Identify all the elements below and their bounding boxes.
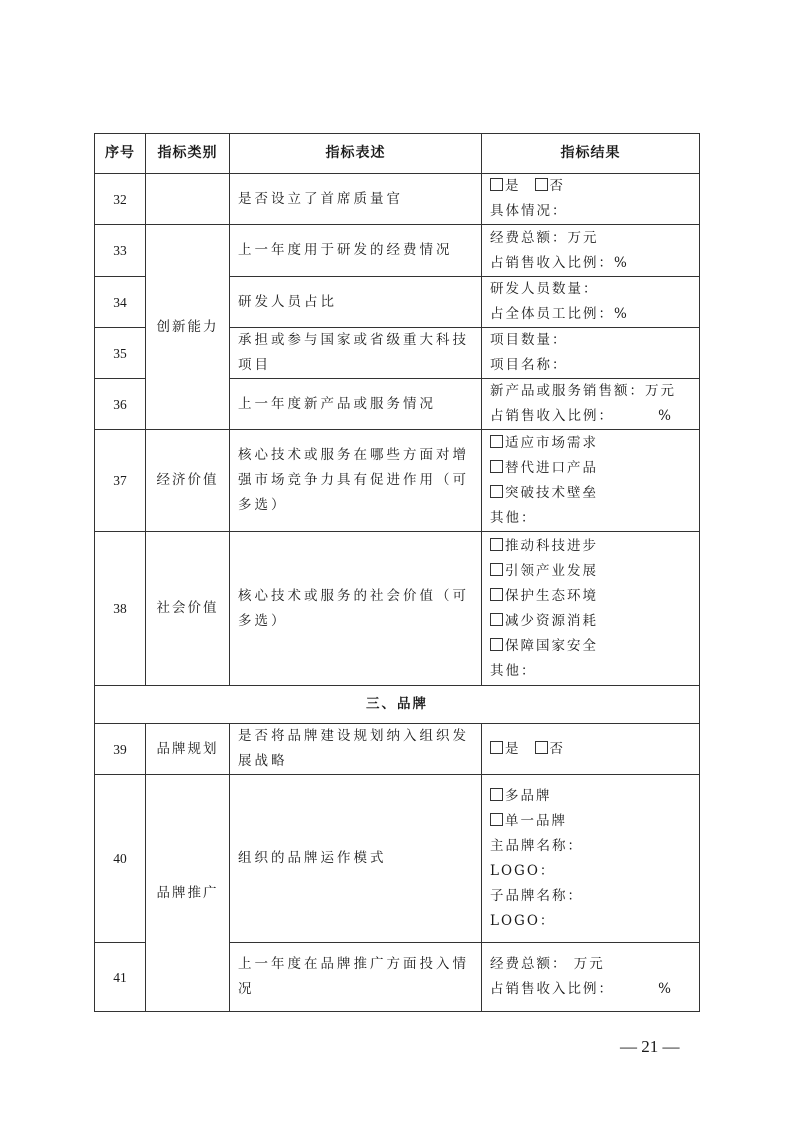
- row-number: 37: [95, 430, 146, 532]
- result-line: 项目名称：: [490, 353, 691, 378]
- result-line: 占销售收入比例：%: [490, 251, 691, 276]
- other-label: 其他：: [490, 659, 691, 684]
- option-label: 减少资源消耗: [505, 613, 598, 629]
- table-row: 32 是否设立了首席质量官 是否 具体情况：: [95, 174, 700, 225]
- table-row: 38 社会价值 核心技术或服务的社会价值（可多选） 推动科技进步 引领产业发展 …: [95, 532, 700, 686]
- row-number: 35: [95, 328, 146, 379]
- table-row: 33 创新能力 上一年度用于研发的经费情况 经费总额：万元 占销售收入比例：%: [95, 225, 700, 277]
- result-line: LOGO：: [490, 859, 691, 884]
- table-row: 40 品牌推广 组织的品牌运作模式 多品牌 单一品牌 主品牌名称： LOGO： …: [95, 775, 700, 943]
- checkbox-yes[interactable]: [490, 178, 503, 191]
- row-result: 经费总额： 万元 占销售收入比例：%: [482, 943, 700, 1012]
- result-line: 占销售收入比例：: [490, 408, 614, 424]
- details-label: 具体情况：: [490, 199, 691, 224]
- checkbox[interactable]: [490, 485, 503, 498]
- percent-sign: %: [658, 404, 673, 429]
- table-header-row: 序号 指标类别 指标表述 指标结果: [95, 134, 700, 174]
- option-label: 替代进口产品: [505, 460, 598, 476]
- row-description: 组织的品牌运作模式: [230, 775, 482, 943]
- option-label: 适应市场需求: [505, 435, 598, 451]
- section-title: 三、品牌: [95, 686, 700, 724]
- header-no: 序号: [95, 134, 146, 174]
- option-label: 保护生态环境: [505, 588, 598, 604]
- table-row: 37 经济价值 核心技术或服务在哪些方面对增强市场竞争力具有促进作用（可多选） …: [95, 430, 700, 532]
- other-label: 其他：: [490, 506, 691, 531]
- checkbox[interactable]: [490, 435, 503, 448]
- result-line: LOGO：: [490, 909, 691, 934]
- row-category: 社会价值: [146, 532, 230, 686]
- row-number: 32: [95, 174, 146, 225]
- header-category: 指标类别: [146, 134, 230, 174]
- option-label: 推动科技进步: [505, 538, 598, 554]
- checkbox[interactable]: [490, 638, 503, 651]
- result-line: 研发人员数量：: [490, 277, 691, 302]
- option-label: 保障国家安全: [505, 638, 598, 654]
- row-category: 品牌推广: [146, 775, 230, 1012]
- checkbox[interactable]: [490, 613, 503, 626]
- row-result: 是否: [482, 724, 700, 775]
- row-result: 多品牌 单一品牌 主品牌名称： LOGO： 子品牌名称： LOGO：: [482, 775, 700, 943]
- yes-label: 是: [505, 741, 521, 757]
- checkbox[interactable]: [490, 788, 503, 801]
- result-line: 经费总额：万元: [490, 226, 691, 251]
- row-number: 33: [95, 225, 146, 277]
- row-description: 上一年度在品牌推广方面投入情况: [230, 943, 482, 1012]
- option-label: 突破技术壁垒: [505, 485, 598, 501]
- row-category: [146, 174, 230, 225]
- row-result: 新产品或服务销售额：万元 占销售收入比例：%: [482, 379, 700, 430]
- table-row: 39 品牌规划 是否将品牌建设规划纳入组织发展战略 是否: [95, 724, 700, 775]
- checkbox[interactable]: [490, 460, 503, 473]
- row-category: 经济价值: [146, 430, 230, 532]
- row-number: 38: [95, 532, 146, 686]
- row-description: 核心技术或服务的社会价值（可多选）: [230, 532, 482, 686]
- row-number: 41: [95, 943, 146, 1012]
- yes-label: 是: [505, 178, 521, 194]
- row-description: 上一年度用于研发的经费情况: [230, 225, 482, 277]
- result-line: 项目数量：: [490, 328, 691, 353]
- checkbox[interactable]: [490, 563, 503, 576]
- row-result: 项目数量： 项目名称：: [482, 328, 700, 379]
- option-label: 单一品牌: [505, 813, 567, 829]
- row-category: 创新能力: [146, 225, 230, 430]
- checkbox-yes[interactable]: [490, 741, 503, 754]
- checkbox[interactable]: [490, 588, 503, 601]
- section-row: 三、品牌: [95, 686, 700, 724]
- row-result: 研发人员数量： 占全体员工比例：%: [482, 277, 700, 328]
- row-description: 上一年度新产品或服务情况: [230, 379, 482, 430]
- result-line: 占全体员工比例：%: [490, 302, 691, 327]
- row-description: 是否设立了首席质量官: [230, 174, 482, 225]
- row-description: 研发人员占比: [230, 277, 482, 328]
- row-result: 推动科技进步 引领产业发展 保护生态环境 减少资源消耗 保障国家安全 其他：: [482, 532, 700, 686]
- row-description: 承担或参与国家或省级重大科技项目: [230, 328, 482, 379]
- indicator-table: 序号 指标类别 指标表述 指标结果 32 是否设立了首席质量官 是否 具体情况：…: [94, 133, 700, 1012]
- header-result: 指标结果: [482, 134, 700, 174]
- option-label: 引领产业发展: [505, 563, 598, 579]
- result-line: 新产品或服务销售额：万元: [490, 379, 691, 404]
- checkbox-no[interactable]: [535, 178, 548, 191]
- checkbox[interactable]: [490, 813, 503, 826]
- result-line: 主品牌名称：: [490, 834, 691, 859]
- no-label: 否: [550, 741, 566, 757]
- header-description: 指标表述: [230, 134, 482, 174]
- option-label: 多品牌: [505, 788, 552, 804]
- row-description: 核心技术或服务在哪些方面对增强市场竞争力具有促进作用（可多选）: [230, 430, 482, 532]
- row-result: 适应市场需求 替代进口产品 突破技术壁垒 其他：: [482, 430, 700, 532]
- row-number: 39: [95, 724, 146, 775]
- result-line: 占销售收入比例：: [490, 981, 614, 997]
- page-number: — 21 —: [620, 1037, 680, 1057]
- result-line: 子品牌名称：: [490, 884, 691, 909]
- row-number: 40: [95, 775, 146, 943]
- result-line: 经费总额： 万元: [490, 952, 691, 977]
- checkbox-no[interactable]: [535, 741, 548, 754]
- row-number: 36: [95, 379, 146, 430]
- percent-sign: %: [658, 977, 673, 1002]
- row-category: 品牌规划: [146, 724, 230, 775]
- row-number: 34: [95, 277, 146, 328]
- checkbox[interactable]: [490, 538, 503, 551]
- no-label: 否: [550, 178, 566, 194]
- row-result: 经费总额：万元 占销售收入比例：%: [482, 225, 700, 277]
- row-result: 是否 具体情况：: [482, 174, 700, 225]
- row-description: 是否将品牌建设规划纳入组织发展战略: [230, 724, 482, 775]
